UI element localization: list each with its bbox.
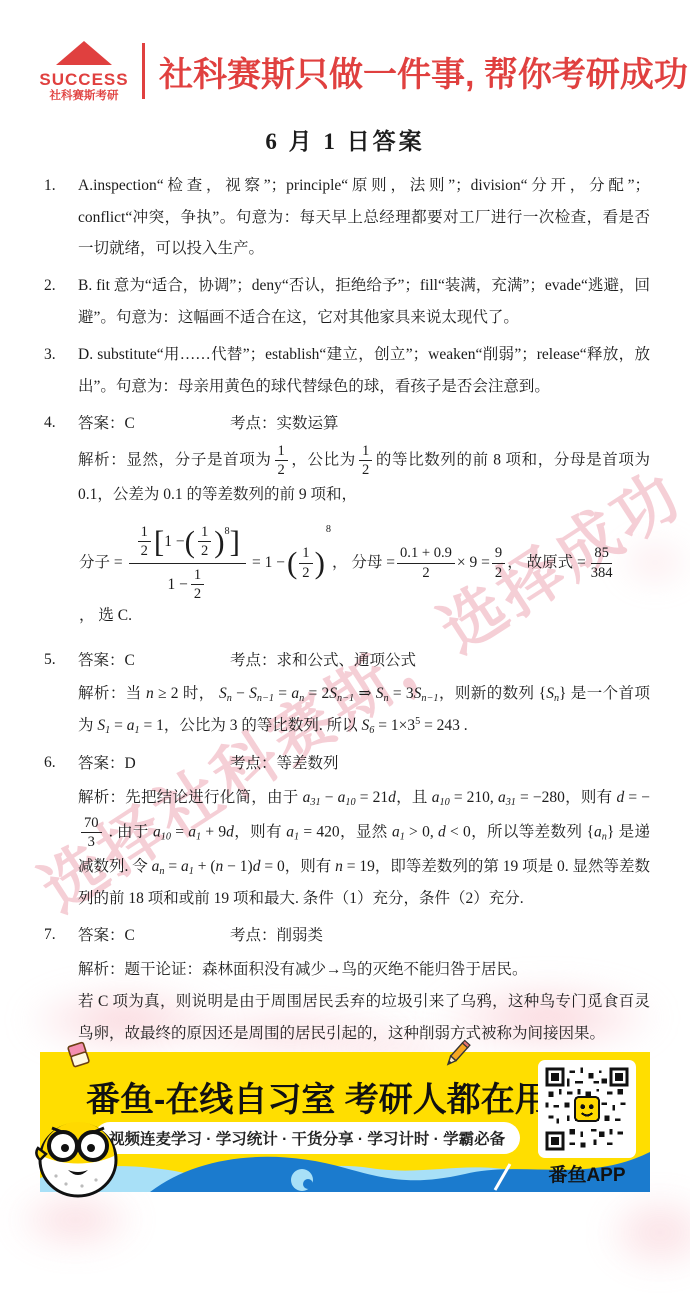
header-divider (142, 43, 145, 99)
answer-label: 答案： (78, 415, 125, 432)
item-number: 3. (44, 339, 78, 403)
item-number: 1. (44, 170, 78, 265)
header: SUCCESS 社科赛斯考研 社科赛斯只做一件事, 帮你考研成功! (0, 0, 690, 103)
answer-list: 1. A.inspection“检查，视察”；principle“原则，法则”；… (0, 170, 690, 1050)
item-text: B. fit 意为“适合，协调”；deny“否认，拒绝给予”；fill“装满，充… (78, 270, 650, 334)
item-text: D. substitute“用……代替”；establish“建立，创立”；we… (78, 339, 650, 403)
item-number: 7. (44, 919, 78, 1049)
item-number: 6. (44, 747, 78, 914)
point-value: 求和公式、通项公式 (277, 652, 417, 669)
brand-subtitle: 社科赛斯考研 (36, 90, 132, 103)
answer-row: 答案：D 考点：等差数列 (78, 748, 650, 780)
answer-value: C (125, 652, 135, 669)
analysis-text: 解析：先把结论进行化简，由于 a31 − a10 = 21d，且 a10 = 2… (78, 782, 650, 915)
point-label: 考点： (230, 652, 277, 669)
document-page: 选择社科赛斯，选择成功 SUCCESS 社科赛斯考研 社科赛斯只做一件事, 帮你… (0, 0, 690, 1298)
eraser-icon (64, 1040, 94, 1072)
banner-features-pill: 视频连麦学习 · 学习统计 · 干货分享 · 学习计时 · 学霸必备 (94, 1122, 520, 1154)
analysis-text: 解析：当 n ≥ 2 时， Sn − Sn−1 = an = 2Sn−1 ⇒ S… (78, 678, 650, 742)
answer-label: 答案： (78, 652, 125, 669)
brand-logo: SUCCESS 社科赛斯考研 (36, 40, 132, 103)
mountain-logo-icon (55, 40, 113, 66)
answer-label: 答案： (78, 927, 125, 944)
answer-row: 答案：C 考点：求和公式、通项公式 (78, 645, 650, 677)
answer-item-3: 3. D. substitute“用……代替”；establish“建立，创立”… (44, 339, 650, 403)
point-label: 考点： (230, 755, 277, 772)
banner-title: 番鱼-在线自习室 考研人都在用 (86, 1072, 549, 1121)
answer-item-6: 6. 答案：D 考点：等差数列 解析：先把结论进行化简，由于 a31 − a10… (44, 747, 650, 914)
answer-value: C (125, 927, 135, 944)
answer-item-2: 2. B. fit 意为“适合，协调”；deny“否认，拒绝给予”；fill“装… (44, 270, 650, 334)
app-banner: 番鱼-在线自习室 考研人都在用 视频连麦学习 · 学习统计 · 干货分享 · 学… (40, 1052, 650, 1192)
header-slogan: 社科赛斯只做一件事, 帮你考研成功! (159, 47, 690, 96)
qr-label: 番鱼APP (538, 1160, 636, 1187)
page-title: 6 月 1 日答案 (0, 123, 690, 156)
point-label: 考点： (230, 415, 277, 432)
answer-item-7: 7. 答案：C 考点：削弱类 解析：题干论证：森林面积没有减少→鸟的灭绝不能归咎… (44, 919, 650, 1049)
point-value: 等差数列 (277, 755, 339, 772)
analysis-text: 若 C 项为真，则说明是由于周围居民丢弃的垃圾引来了乌鸦，这种鸟专门觅食百灵鸟卵… (78, 986, 650, 1050)
pencil-icon (440, 1038, 474, 1072)
analysis-text: 解析：题干论证：森林面积没有减少→鸟的灭绝不能归咎于居民。 (78, 954, 650, 986)
answer-item-4: 4. 答案：C 考点：实数运算 解析：显然，分子是首项为12，公比为12的等比数… (44, 407, 650, 638)
qr-code (538, 1060, 636, 1158)
point-label: 考点： (230, 927, 277, 944)
answer-row: 答案：C 考点：实数运算 (78, 408, 650, 440)
answer-label: 答案： (78, 755, 125, 772)
puffer-fish-mascot-icon (32, 1104, 124, 1200)
item-number: 2. (44, 270, 78, 334)
formula-line: 分子 =12[1 −(12)8]1 −12= 1 −(12)8， 分母 =0.1… (78, 521, 650, 627)
answer-item-1: 1. A.inspection“检查，视察”；principle“原则，法则”；… (44, 170, 650, 265)
answer-value: C (125, 415, 135, 432)
answer-item-5: 5. 答案：C 考点：求和公式、通项公式 解析：当 n ≥ 2 时， Sn − … (44, 644, 650, 742)
watercolor-blob (600, 1190, 690, 1275)
item-number: 5. (44, 644, 78, 742)
brand-name: SUCCESS (36, 71, 132, 90)
point-value: 实数运算 (277, 415, 339, 432)
item-number: 4. (44, 407, 78, 638)
item-text: A.inspection“检查，视察”；principle“原则，法则”；div… (78, 170, 650, 265)
answer-row: 答案：C 考点：削弱类 (78, 920, 650, 952)
analysis-text: 解析：显然，分子是首项为12，公比为12的等比数列的前 8 项和，分母是首项为 … (78, 442, 650, 511)
answer-value: D (125, 755, 136, 772)
point-value: 削弱类 (277, 927, 324, 944)
